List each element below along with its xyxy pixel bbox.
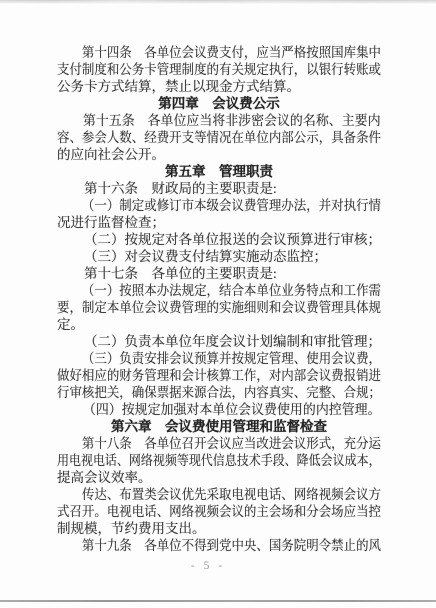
- text-line: 行审核把关，确保票据来源合法，内容真实、完整、合规；: [57, 384, 356, 401]
- chapter-heading: 第六章 会议费使用管理和监督检查: [57, 418, 381, 435]
- text-line: 制规模，节约费用支出。: [57, 520, 381, 537]
- text-line: 第十八条 各单位召开会议应当改进会议形式，充分运: [57, 435, 356, 452]
- page-number: - 5 -: [0, 560, 416, 572]
- text-line: 定。: [57, 316, 381, 333]
- text-line: 要，制定本单位会议费管理的实施细则和会议费管理具体规: [57, 299, 356, 316]
- text-line: 传达、布置类会议优先采取电视电话、网络视频会议方: [57, 486, 356, 503]
- text-line: 用电视电话、网络视频等现代信息技术手段、降低会议成本，: [57, 452, 345, 469]
- text-line: （三）负责安排会议预算并按规定管理、使用会议费，: [57, 350, 356, 367]
- text-line: 式召开。电视电话、网络视频会议的主会场和分会场应当控: [57, 503, 356, 520]
- text-line: （四）按规定加强对本单位会议费使用的内控管理。: [57, 401, 368, 418]
- text-line: 提高会议效率。: [57, 469, 381, 486]
- text-line: 第十六条 财政局的主要职责是:: [57, 180, 381, 197]
- text-line: 第十九条 各单位不得到党中央、国务院明令禁止的风: [57, 537, 356, 554]
- text-line: 第十五条 各单位应当将非涉密会议的名称、主要内: [57, 112, 368, 129]
- text-line: （二）按规定对各单位报送的会议预算进行审核；: [57, 231, 381, 248]
- chapter-heading: 第四章 会议费公示: [57, 95, 381, 112]
- text-line: （一）按照本办法规定，结合本单位业务特点和工作需: [57, 282, 356, 299]
- text-line: （二）负责本单位年度会议计划编制和审批管理；: [57, 333, 381, 350]
- text-line: （三）对会议费支付结算实施动态监控；: [57, 248, 381, 265]
- text-line: 第十七条 各单位的主要职责是:: [57, 265, 381, 282]
- text-line: （一）制定或修订市本级会议费管理办法，并对执行情: [57, 197, 356, 214]
- text-line: 公务卡方式结算，禁止以现金方式结算。: [57, 78, 381, 95]
- text-line: 容、参会人数、经费开支等情况在单位内部公示，具备条件: [57, 129, 356, 146]
- document-body: 第十四条 各单位会议费支付，应当严格按照国库集中支付制度和公务卡管理制度的有关规…: [57, 44, 381, 554]
- document-page: 第十四条 各单位会议费支付，应当严格按照国库集中支付制度和公务卡管理制度的有关规…: [0, 0, 436, 608]
- chapter-heading: 第五章 管理职责: [57, 163, 381, 180]
- text-line: 况进行监督检查；: [57, 214, 381, 231]
- text-line: 做好相应的财务管理和会计核算工作，对内部会议费报销进: [57, 367, 356, 384]
- text-line: 支付制度和公务卡管理制度的有关规定执行，以银行转账或: [57, 61, 356, 78]
- text-line: 第十四条 各单位会议费支付，应当严格按照国库集中: [57, 44, 356, 61]
- text-line: 的应向社会公开。: [57, 146, 381, 163]
- scan-artifact-bottom-edge: [0, 600, 436, 602]
- scan-artifact-top-edge: [0, 0, 436, 4]
